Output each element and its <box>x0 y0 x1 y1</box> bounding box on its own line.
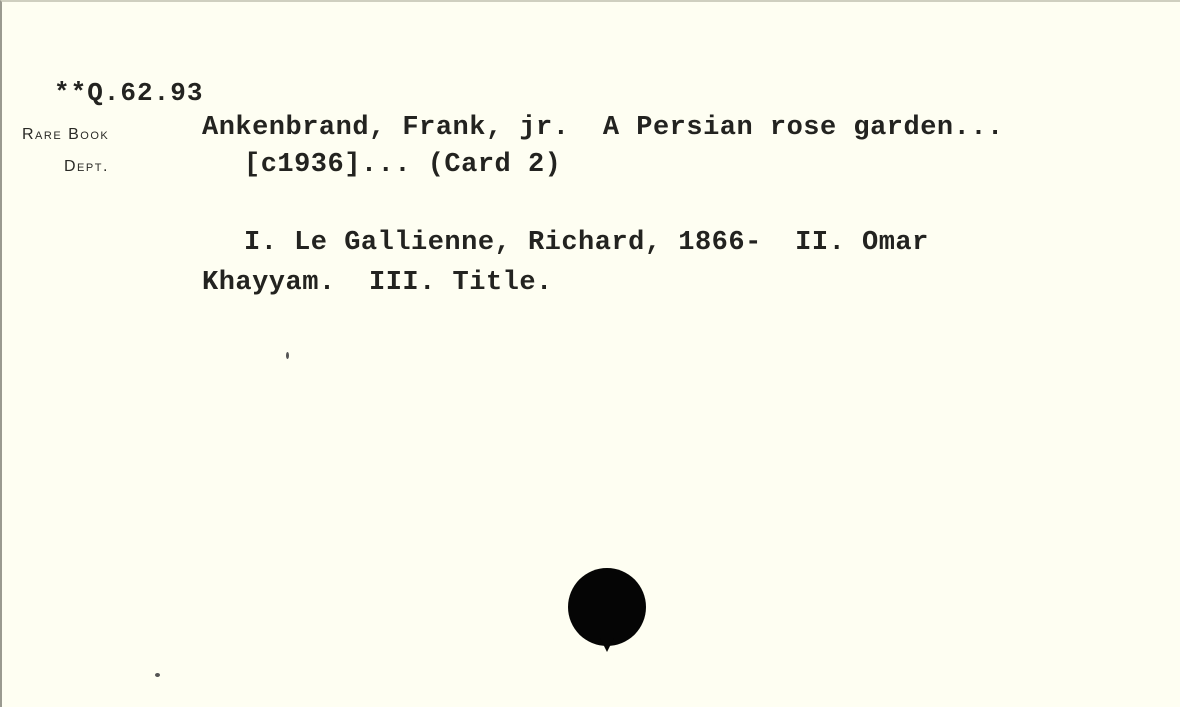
catalog-card: **Q.62.93 Rare Book Dept. Ankenbrand, Fr… <box>0 0 1180 707</box>
call-number: **Q.62.93 <box>54 78 203 108</box>
tracings-line-2: Khayyam. III. Title. <box>202 268 553 298</box>
card-punch-hole <box>568 568 646 646</box>
location-stamp-line1: Rare Book <box>22 126 109 144</box>
ink-speck <box>155 673 160 677</box>
imprint-line: [c1936]... (Card 2) <box>244 150 561 180</box>
author-title-line: Ankenbrand, Frank, jr. A Persian rose ga… <box>202 113 1004 143</box>
ink-speck <box>286 352 289 359</box>
location-stamp-line2: Dept. <box>64 158 109 176</box>
tracings-line-1: I. Le Gallienne, Richard, 1866- II. Omar <box>244 228 929 258</box>
